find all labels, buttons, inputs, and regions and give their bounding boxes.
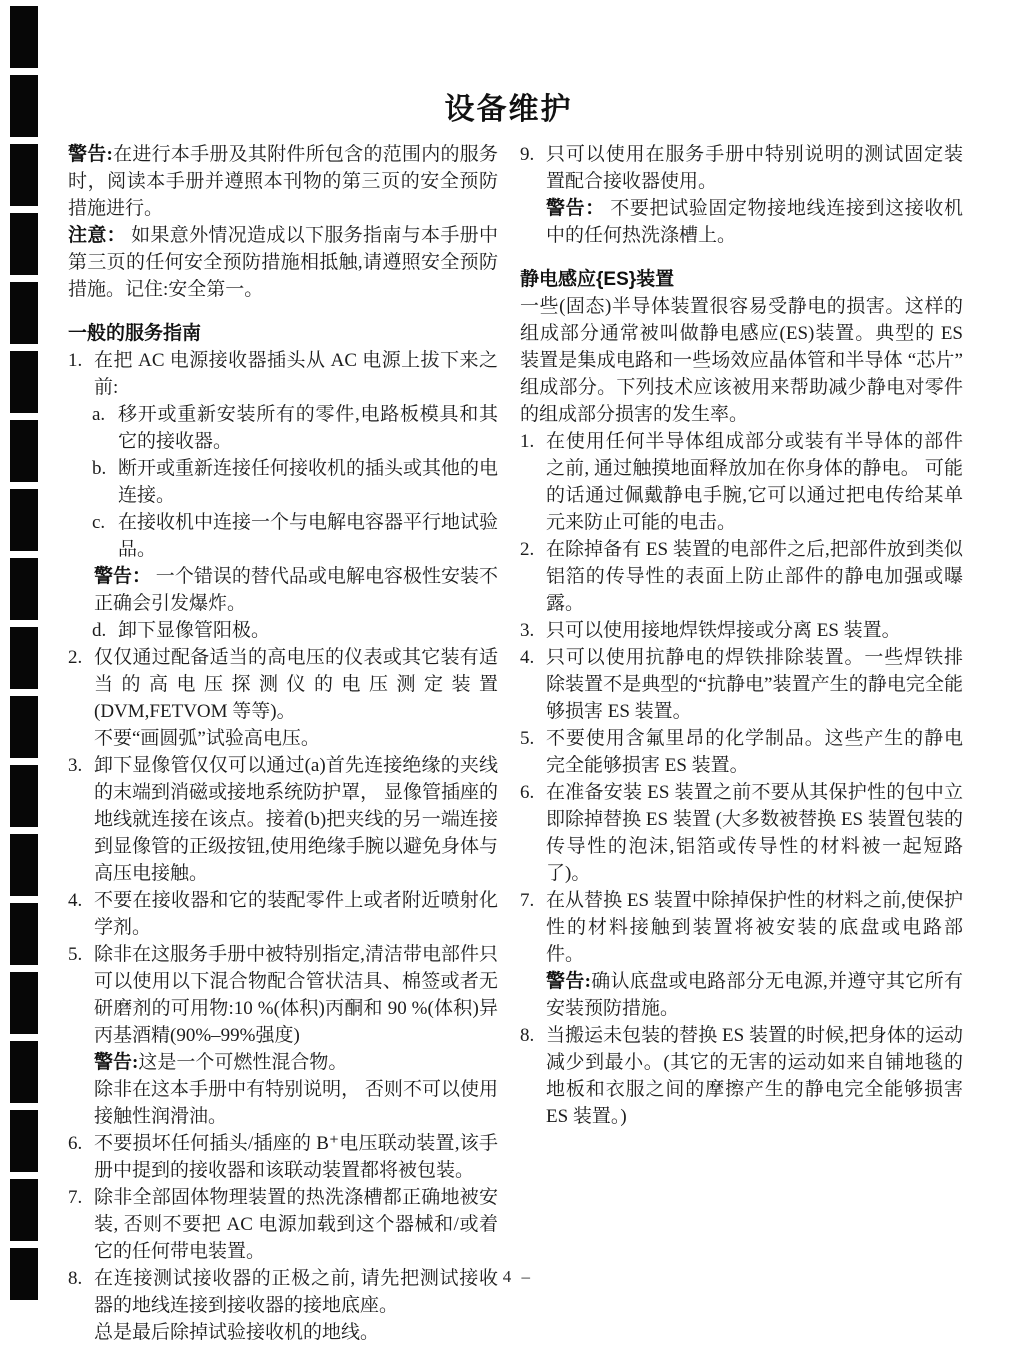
sub-list-item: a.移开或重新安装所有的零件,电路板模具和其它的接收器。: [92, 401, 498, 455]
list-item: 8.当搬运未包装的替换 ES 装置的时候,把身体的运动减少到最小。(其它的无害的…: [520, 1022, 963, 1130]
text-run: 警告： 不要把试验固定物接地线连接到这接收机中的任何热洗涤槽上。: [546, 195, 963, 249]
page-number: – 4 –: [0, 1267, 1017, 1287]
list-item: 1.在使用任何半导体组成部分或装有半导体的部件之前, 通过触摸地面释放加在你身体…: [520, 428, 963, 536]
list-item: 9.只可以使用在服务手册中特别说明的测试固定装置配合接收器使用。: [520, 141, 963, 195]
section-heading: 一般的服务指南: [68, 320, 498, 347]
text-run: 断开或重新连接任何接收机的插头或其他的电连接。: [118, 455, 498, 509]
text-run: 卸下显像管仅仅可以通过(a)首先连接绝缘的夹线的末端到消磁或接地系统防护罩， 显…: [94, 752, 498, 887]
list-item: 4.不要在接收器和它的装配零件上或者附近喷射化学剂。: [68, 887, 498, 941]
sub-paragraph: 总是最后除掉试验接收机的地线。: [94, 1319, 498, 1345]
text-run: 警告:确认底盘或电路部分无电源,并遵守其它所有安装预防措施。: [546, 968, 963, 1022]
sub-paragraph: 警告： 一个错误的替代品或电解电容极性安装不正确会引发爆炸。: [94, 563, 498, 617]
text-run: 只可以使用在服务手册中特别说明的测试固定装置配合接收器使用。: [546, 141, 963, 195]
text-run: 一般的服务指南: [68, 320, 498, 347]
item-marker: c.: [92, 509, 118, 563]
text-run: 警告:这是一个可燃性混合物。: [94, 1049, 498, 1076]
item-marker: 7.: [68, 1184, 94, 1265]
list-item: 1.在把 AC 电源接收器插头从 AC 电源上拔下来之前:: [68, 347, 498, 401]
item-marker: 8.: [520, 1022, 546, 1130]
text-run: 警告:在进行本手册及其附件所包含的范围内的服务时，阅读本手册并遵照本刊物的第三页…: [68, 141, 498, 222]
list-item: 3.只可以使用接地焊铁焊接或分离 ES 装置。: [520, 617, 963, 644]
sub-paragraph: 除非在这本手册中有特别说明， 否则不可以使用接触性润滑油。: [94, 1076, 498, 1130]
sub-paragraph: 警告:确认底盘或电路部分无电源,并遵守其它所有安装预防措施。: [546, 968, 963, 1022]
text-run: 注意： 如果意外情况造成以下服务指南与本手册中第三页的任何安全预防措施相抵触,请…: [68, 222, 498, 303]
document-page: 设备维护 警告:在进行本手册及其附件所包含的范围内的服务时，阅读本手册并遵照本刊…: [0, 0, 1017, 1345]
list-item: 3.卸下显像管仅仅可以通过(a)首先连接绝缘的夹线的末端到消磁或接地系统防护罩，…: [68, 752, 498, 887]
text-run: 不要使用含氟里昂的化学制品。这些产生的静电完全能够损害 ES 装置。: [546, 725, 963, 779]
item-marker: b.: [92, 455, 118, 509]
text-run: 警告： 一个错误的替代品或电解电容极性安装不正确会引发爆炸。: [94, 563, 498, 617]
text-run: 移开或重新安装所有的零件,电路板模具和其它的接收器。: [118, 401, 498, 455]
paragraph: 注意： 如果意外情况造成以下服务指南与本手册中第三页的任何安全预防措施相抵触,请…: [68, 222, 498, 303]
item-marker: 6.: [68, 1130, 94, 1184]
list-item: 6.在准备安装 ES 装置之前不要从其保护性的包中立即除掉替换 ES 装置 (大…: [520, 779, 963, 887]
sub-paragraph: 不要“画圆弧”试验高电压。: [94, 725, 498, 752]
item-marker: 2.: [68, 644, 94, 725]
sub-list-item: b.断开或重新连接任何接收机的插头或其他的电连接。: [92, 455, 498, 509]
item-marker: a.: [92, 401, 118, 455]
text-run: 除非在这服务手册中被特别指定,清洁带电部件只可以使用以下混合物配合管状洁具、棉签…: [94, 941, 498, 1049]
item-marker: 7.: [520, 887, 546, 968]
sub-paragraph: 警告:这是一个可燃性混合物。: [94, 1049, 498, 1076]
item-marker: 1.: [68, 347, 94, 401]
text-run: 静电感应{ES}装置: [520, 266, 963, 293]
sub-list-item: d.卸下显像管阳极。: [92, 617, 498, 644]
left-column: 警告:在进行本手册及其附件所包含的范围内的服务时，阅读本手册并遵照本刊物的第三页…: [68, 141, 498, 1345]
paragraph: 一些(固态)半导体装置很容易受静电的损害。这样的组成部分通常被叫做静电感应(ES…: [520, 293, 963, 428]
text-run: 总是最后除掉试验接收机的地线。: [94, 1319, 498, 1345]
text-run: 在接收机中连接一个与电解电容器平行地试验品。: [118, 509, 498, 563]
section-heading: 静电感应{ES}装置: [520, 266, 963, 293]
item-marker: 5.: [520, 725, 546, 779]
sub-paragraph: 警告： 不要把试验固定物接地线连接到这接收机中的任何热洗涤槽上。: [546, 195, 963, 249]
item-marker: 2.: [520, 536, 546, 617]
text-run: 只可以使用接地焊铁焊接或分离 ES 装置。: [546, 617, 963, 644]
item-marker: 4.: [520, 644, 546, 725]
text-run: 在使用任何半导体组成部分或装有半导体的部件之前, 通过触摸地面释放加在你身体的静…: [546, 428, 963, 536]
list-item: 5.不要使用含氟里昂的化学制品。这些产生的静电完全能够损害 ES 装置。: [520, 725, 963, 779]
text-run: 不要损坏任何插头/插座的 B⁺电压联动装置,该手册中提到的接收器和该联动装置都将…: [94, 1130, 498, 1184]
text-run: 不要“画圆弧”试验高电压。: [94, 725, 498, 752]
text-run: 在除掉备有 ES 装置的电部件之后,把部件放到类似铝箔的传导性的表面上防止部件的…: [546, 536, 963, 617]
text-run: 除非在这本手册中有特别说明， 否则不可以使用接触性润滑油。: [94, 1076, 498, 1130]
item-marker: 9.: [520, 141, 546, 195]
text-run: 在从替换 ES 装置中除掉保护性的材料之前,使保护性的材料接触到装置将被安装的底…: [546, 887, 963, 968]
list-item: 6.不要损坏任何插头/插座的 B⁺电压联动装置,该手册中提到的接收器和该联动装置…: [68, 1130, 498, 1184]
text-run: 仅仅通过配备适当的高电压的仪表或其它装有适当的高电压探测仪的电压测定装置 (DV…: [94, 644, 498, 725]
text-run: 只可以使用抗静电的焊铁排除装置。一些焊铁排除装置不是典型的“抗静电”装置产生的静…: [546, 644, 963, 725]
scan-edge-bar: [10, 6, 38, 1300]
sub-list-item: c.在接收机中连接一个与电解电容器平行地试验品。: [92, 509, 498, 563]
text-run: 不要在接收器和它的装配零件上或者附近喷射化学剂。: [94, 887, 498, 941]
text-run: 一些(固态)半导体装置很容易受静电的损害。这样的组成部分通常被叫做静电感应(ES…: [520, 293, 963, 428]
item-marker: 1.: [520, 428, 546, 536]
right-column: 9.只可以使用在服务手册中特别说明的测试固定装置配合接收器使用。警告： 不要把试…: [520, 141, 963, 1130]
page-title: 设备维护: [0, 84, 1017, 128]
list-item: 2.仅仅通过配备适当的高电压的仪表或其它装有适当的高电压探测仪的电压测定装置 (…: [68, 644, 498, 725]
paragraph: 警告:在进行本手册及其附件所包含的范围内的服务时，阅读本手册并遵照本刊物的第三页…: [68, 141, 498, 222]
list-item: 7.在从替换 ES 装置中除掉保护性的材料之前,使保护性的材料接触到装置将被安装…: [520, 887, 963, 968]
item-marker: 6.: [520, 779, 546, 887]
list-item: 5.除非在这服务手册中被特别指定,清洁带电部件只可以使用以下混合物配合管状洁具、…: [68, 941, 498, 1049]
list-item: 4.只可以使用抗静电的焊铁排除装置。一些焊铁排除装置不是典型的“抗静电”装置产生…: [520, 644, 963, 725]
text-run: 在把 AC 电源接收器插头从 AC 电源上拔下来之前:: [94, 347, 498, 401]
item-marker: 3.: [68, 752, 94, 887]
item-marker: 5.: [68, 941, 94, 1049]
list-item: 2.在除掉备有 ES 装置的电部件之后,把部件放到类似铝箔的传导性的表面上防止部…: [520, 536, 963, 617]
text-run: 当搬运未包装的替换 ES 装置的时候,把身体的运动减少到最小。(其它的无害的运动…: [546, 1022, 963, 1130]
list-item: 7.除非全部固体物理装置的热洗涤槽都正确地被安装, 否则不要把 AC 电源加载到…: [68, 1184, 498, 1265]
text-run: 卸下显像管阳极。: [118, 617, 498, 644]
text-run: 在准备安装 ES 装置之前不要从其保护性的包中立即除掉替换 ES 装置 (大多数…: [546, 779, 963, 887]
text-run: 除非全部固体物理装置的热洗涤槽都正确地被安装, 否则不要把 AC 电源加载到这个…: [94, 1184, 498, 1265]
item-marker: 4.: [68, 887, 94, 941]
item-marker: 3.: [520, 617, 546, 644]
item-marker: d.: [92, 617, 118, 644]
